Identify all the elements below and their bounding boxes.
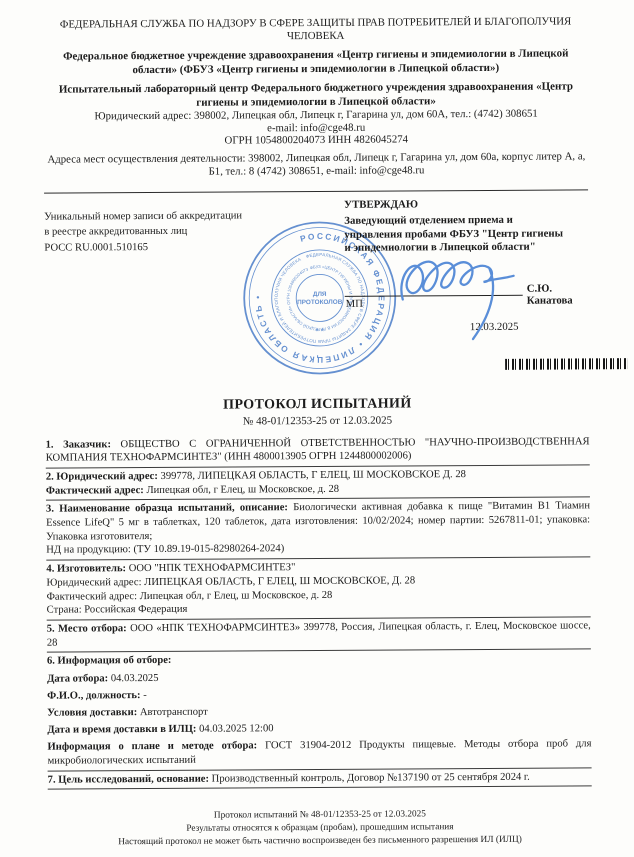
approver-position-line: Заведующий отделением приема и	[344, 213, 563, 228]
field-value: (ТУ 10.89.19-015-82980264-2024)	[131, 544, 285, 556]
section-1-customer: 1. Заказчик: ОБЩЕСТВО С ОГРАНИЧЕННОЙ ОТВ…	[46, 435, 590, 469]
field-row: Фактический адрес: Липецкая обл, г Елец,…	[46, 481, 590, 498]
field-label: 2. Юридический адрес:	[46, 471, 158, 483]
field-label: Ф.И.О., должность:	[47, 690, 140, 702]
page-footer: Протокол испытаний № 48-01/12353-25 от 1…	[3, 807, 634, 850]
field-value: ООО «НПК ТЕХНОФАРМСИНТЕЗ» 399778, Россия…	[47, 620, 591, 648]
field-value: 04.03.2025 12:00	[196, 723, 273, 734]
ogrn-inn-line: ОГРН 1054800204073 ИНН 4826045274	[44, 132, 589, 148]
section-6-sampling-info: 6. Информация об отборе: Дата отбора: 04…	[47, 652, 592, 772]
field-value: 399778, ЛИПЕЦКАЯ ОБЛАСТЬ, Г ЕЛЕЦ, Ш МОСК…	[158, 469, 466, 482]
approve-title: УТВЕРЖДАЮ	[344, 197, 563, 212]
field-label: Страна:	[47, 605, 82, 616]
field-row: НД на продукцию: (ТУ 10.89.19-015-829802…	[46, 541, 590, 558]
signature	[392, 238, 543, 354]
field-row: 6. Информация об отборе:	[47, 652, 591, 669]
field-label: НД на продукцию:	[46, 545, 131, 557]
document-content: ФЕДЕРАЛЬНАЯ СЛУЖБА ПО НАДЗОРУ В СФЕРЕ ЗА…	[0, 0, 634, 857]
protocol-title: ПРОТОКОЛ ИСПЫТАНИЙ	[0, 395, 634, 415]
field-value: Производственный контроль, Договор №1371…	[209, 771, 530, 784]
field-label: 1. Заказчик:	[46, 439, 111, 450]
field-row: 3. Наименование образца испытаний, описа…	[46, 500, 590, 544]
organization-name: Федеральное бюджетное учреждение здравоо…	[43, 47, 588, 77]
approval-zone: Уникальный номер записи об аккредитации …	[44, 190, 589, 394]
stamp-center-line2: ПРОТОКОЛОВ	[297, 298, 343, 305]
section-7-purpose: 7. Цель исследований, основание: Произво…	[48, 770, 592, 790]
field-value: 04.03.2025	[108, 673, 158, 684]
field-value: Автотранспорт	[137, 707, 208, 718]
field-label: Дата отбора:	[47, 673, 108, 684]
section-3-sample: 3. Наименование образца испытаний, описа…	[46, 500, 590, 561]
stamp-stars: * *	[316, 326, 325, 335]
field-value: ЛИПЕЦКАЯ ОБЛАСТЬ, Г ЕЛЕЦ, Ш МОСКОВСКОЕ, …	[141, 575, 415, 588]
field-label: 7. Цель исследований, основание:	[48, 773, 209, 785]
field-label: 3. Наименование образца испытаний, описа…	[46, 502, 288, 514]
field-value: Липецкая обл, г Елец, ш Московское, д. 2…	[137, 589, 332, 601]
barcode	[505, 358, 627, 370]
section-5-sampling-place: 5. Место отбора: ООО «НПК ТЕХНОФАРМСИНТЕ…	[47, 619, 591, 653]
letterhead: ФЕДЕРАЛЬНАЯ СЛУЖБА ПО НАДЗОРУ В СФЕРЕ ЗА…	[0, 0, 633, 179]
document-title-block: ПРОТОКОЛ ИСПЫТАНИЙ № 48-01/12353-25 от 1…	[0, 395, 634, 429]
field-value: Липецкая обл, г Елец, ш Московское, д. 2…	[144, 483, 339, 495]
field-value: -	[141, 690, 147, 701]
field-value: ОБЩЕСТВО С ОГРАНИЧЕННОЙ ОТВЕТСТВЕННОСТЬЮ…	[46, 436, 590, 464]
field-value: Российская Федерация	[82, 604, 188, 616]
accreditation-line: Уникальный номер записи об аккредитации	[44, 208, 242, 225]
field-label: Информация о плане и методе отбора:	[47, 741, 257, 753]
accreditation-line: в реестре аккредитованных лиц	[44, 223, 242, 240]
field-label: Условия доставки:	[47, 707, 137, 719]
field-label: Фактический адрес:	[47, 591, 138, 603]
field-row: Страна: Российская Федерация	[47, 601, 591, 618]
field-label: 6. Информация об отборе:	[47, 655, 172, 667]
field-row: Дата и время доставки в ИЛЦ: 04.03.2025 …	[47, 720, 591, 737]
field-label: Фактический адрес:	[46, 485, 144, 497]
laboratory-name: Испытательный лабораторный центр Федерал…	[43, 80, 588, 110]
accreditation-number: РОСС RU.0001.510165	[44, 239, 242, 256]
accreditation-block: Уникальный номер записи об аккредитации …	[44, 208, 242, 256]
field-value: ООО "НПК ТЕХНОФАРМСИНТЕЗ"	[126, 562, 295, 574]
mp-seal-mark: МП	[346, 298, 363, 309]
field-row: Условия доставки: Автотранспорт	[47, 703, 591, 720]
field-row: Информация о плане и методе отбора: ГОСТ…	[47, 738, 591, 769]
stamp-center-line1: ДЛЯ	[313, 290, 327, 297]
protocol-body: 1. Заказчик: ОБЩЕСТВО С ОГРАНИЧЕННОЙ ОТВ…	[46, 435, 592, 790]
protocol-number: № 48-01/12353-25 от 12.03.2025	[0, 413, 634, 429]
agency-name: ФЕДЕРАЛЬНАЯ СЛУЖБА ПО НАДЗОРУ В СФЕРЕ ЗА…	[46, 15, 586, 44]
activity-addresses: Адреса мест осуществления деятельности: …	[44, 150, 589, 179]
field-label: 4. Изготовитель:	[46, 563, 126, 574]
scanned-protocol-page: ФЕДЕРАЛЬНАЯ СЛУЖБА ПО НАДЗОРУ В СФЕРЕ ЗА…	[0, 0, 634, 857]
section-4-manufacturer: 4. Изготовитель: ООО "НПК ТЕХНОФАРМСИНТЕ…	[46, 559, 590, 620]
footer-copy-restriction: Настоящий протокол не может быть частичн…	[3, 833, 634, 850]
field-row: Дата отбора: 04.03.2025	[47, 669, 591, 686]
field-label: Дата и время доставки в ИЛЦ:	[47, 724, 196, 736]
section-2-addresses: 2. Юридический адрес: 399778, ЛИПЕЦКАЯ О…	[46, 467, 590, 501]
field-label: 5. Место отбора:	[47, 623, 127, 634]
field-row: Ф.И.О., должность: -	[47, 686, 591, 703]
field-label: Юридический адрес:	[46, 577, 141, 589]
